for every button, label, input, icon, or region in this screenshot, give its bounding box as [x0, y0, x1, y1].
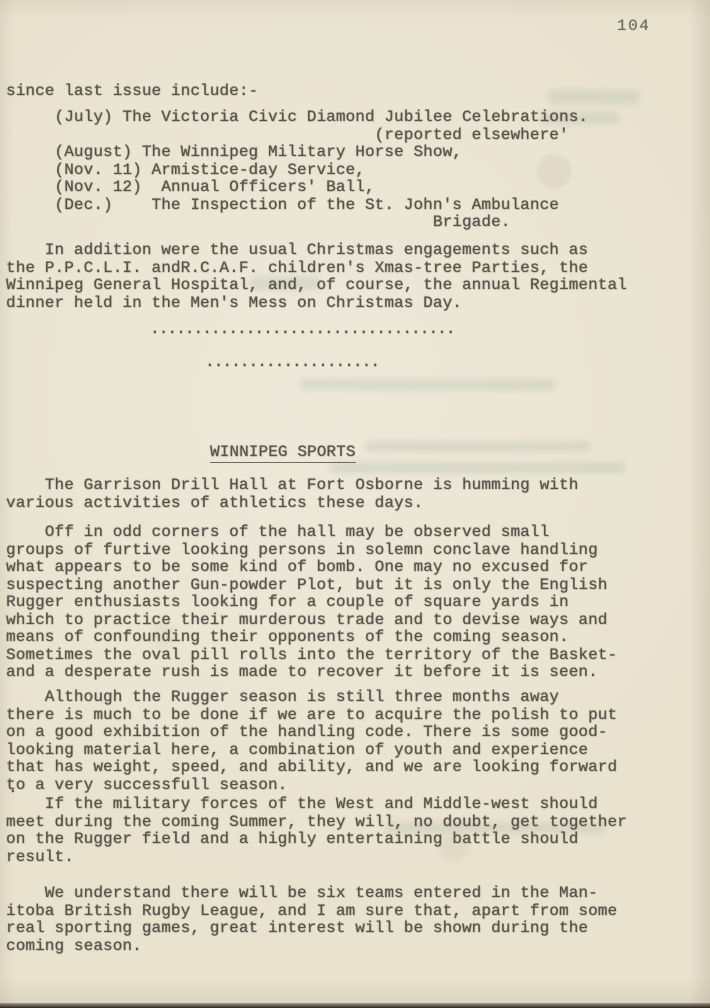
text-line: there is much to be done if we are to ac…	[6, 707, 617, 725]
text-line: what appears to be some kind of bomb. On…	[6, 559, 617, 577]
text-line: If the military forces of the West and M…	[6, 796, 627, 814]
text-line: looking material here, a combination of …	[6, 742, 617, 760]
text-line: and a desperate rush is made to recover …	[6, 664, 617, 682]
text-line: to a very successfull season.	[6, 777, 617, 795]
bleed-through-smudge	[548, 90, 640, 104]
bleed-through-smudge	[330, 462, 625, 473]
text-line: dinner held in the Men's Mess on Christm…	[6, 295, 627, 313]
intro-paragraph: since last issue include:-	[6, 83, 258, 101]
page-bottom-edge	[0, 1003, 710, 1008]
paragraph-garrison: The Garrison Drill Hall at Fort Osborne …	[6, 477, 578, 512]
text-line: means of confounding their opponents of …	[6, 629, 617, 647]
dotted-separator-short: ....................	[205, 354, 379, 372]
text-line: Off in odd corners of the hall may be ob…	[6, 524, 617, 542]
text-line: Sometimes the oval pill rolls into the t…	[6, 647, 617, 665]
text-line: result.	[6, 849, 627, 867]
text-line: Winnipeg General Hospital, and, of cours…	[6, 277, 627, 295]
dotted-separator-long: ...................................	[150, 321, 455, 339]
event-line: (Dec.) The Inspection of the St. John's …	[6, 197, 588, 215]
text-line: coming season.	[6, 938, 617, 956]
text-line: Rugger enthusiasts looking for a couple …	[6, 594, 617, 612]
paragraph-rugger-season: Although the Rugger season is still thre…	[6, 689, 617, 794]
text-line: which to practice their murderous trade …	[6, 612, 617, 630]
text-line: itoba British Rugby League, and I am sur…	[6, 903, 617, 921]
text-line: groups of furtive looking persons in sol…	[6, 542, 617, 560]
text-line: since last issue include:-	[6, 83, 258, 101]
text-line: the P.P.C.L.I. andR.C.A.F. children's Xm…	[6, 260, 627, 278]
bleed-through-smudge	[365, 441, 590, 452]
text-line: We understand there will be six teams en…	[6, 885, 617, 903]
document-page: 104 since last issue include:- (July) Th…	[0, 0, 710, 1008]
text-line: real sporting games, great interest will…	[6, 920, 617, 938]
events-list: (July) The Victoria Civic Diamond Jubile…	[6, 109, 588, 232]
paragraph-rugby-league: We understand there will be six teams en…	[6, 885, 617, 955]
event-line: (July) The Victoria Civic Diamond Jubile…	[6, 109, 588, 127]
paragraph-military-forces: If the military forces of the West and M…	[6, 796, 627, 866]
section-heading-block: WINNIPEG SPORTS	[210, 444, 356, 462]
text-line: suspecting another Gun-powder Plot, but …	[6, 577, 617, 595]
paragraph-rugger-plot: Off in odd corners of the hall may be ob…	[6, 524, 617, 682]
text-line: In addition were the usual Christmas eng…	[6, 242, 627, 260]
paragraph-christmas: In addition were the usual Christmas eng…	[6, 242, 627, 312]
text-line: meet during the coming Summer, they will…	[6, 814, 627, 832]
text-line: Although the Rugger season is still thre…	[6, 689, 617, 707]
text-line: on a good exhibition of the handling cod…	[6, 724, 617, 742]
event-line: Brigade.	[6, 214, 588, 232]
event-line: (August) The Winnipeg Military Horse Sho…	[6, 144, 588, 162]
text-line: various activities of athletics these da…	[6, 495, 578, 513]
text-line: that has weight, speed, and ability, and…	[6, 759, 617, 777]
text-line: The Garrison Drill Hall at Fort Osborne …	[6, 477, 578, 495]
event-line: (Nov. 12) Annual Officers' Ball,	[6, 179, 588, 197]
event-line: (reported elsewhere'	[6, 127, 588, 145]
page-number: 104	[617, 18, 650, 36]
section-heading: WINNIPEG SPORTS	[210, 443, 356, 463]
bleed-through-smudge	[300, 379, 555, 390]
text-line: on the Rugger field and a highly enterta…	[6, 831, 627, 849]
event-line: (Nov. 11) Armistice-day Service,	[6, 162, 588, 180]
